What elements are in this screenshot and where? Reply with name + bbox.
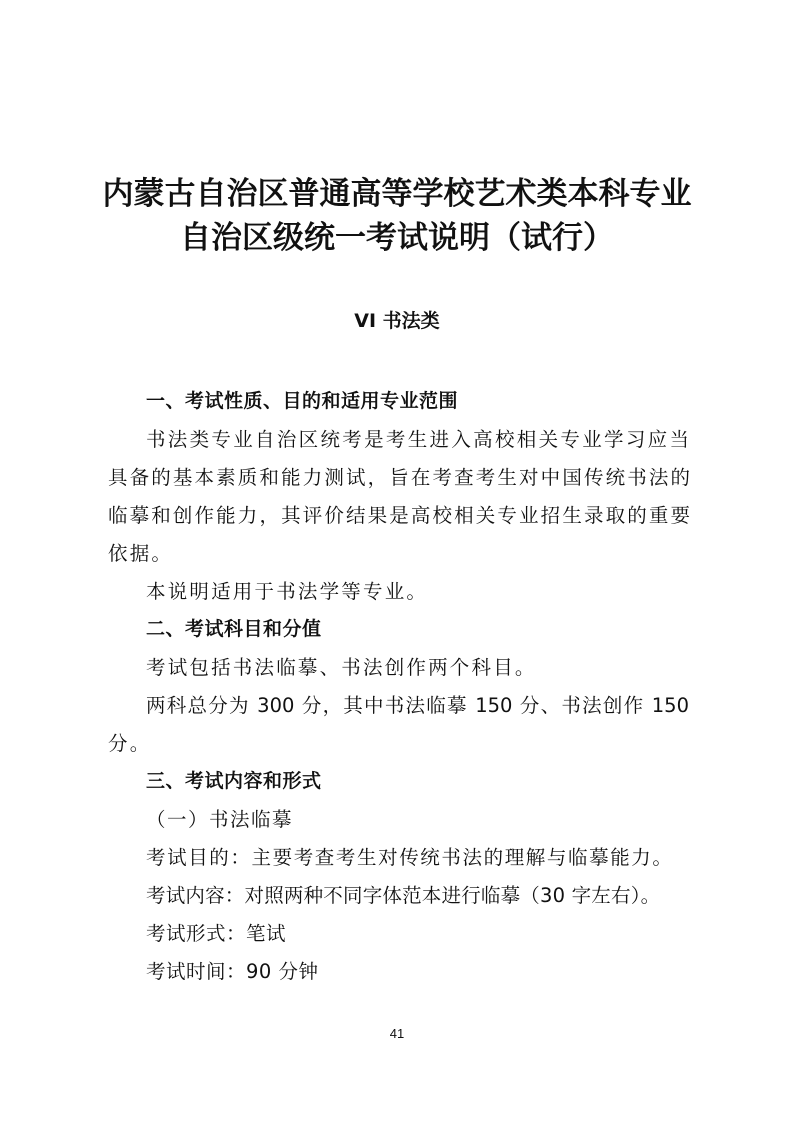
section-1-paragraph-line: 具备的基本素质和能力测试，旨在考查考生对中国传统书法的 [108,462,690,490]
section-2-score-line: 分。 [108,728,688,756]
section-3-subheading: （一）书法临摹 [146,804,726,832]
section-1-scope-text: 本说明适用于书法学等专业。 [146,576,726,604]
section-1-paragraph-line: 书法类专业自治区统考是考生进入高校相关专业学习应当 [146,424,689,452]
section-1-paragraph-line: 临摹和创作能力，其评价结果是高校相关专业招生录取的重要 [108,500,690,528]
section-2-score-line: 两科总分为 300 分，其中书法临摹 150 分、书法创作 150 [146,690,689,718]
section-1-heading: 一、考试性质、目的和适用专业范围 [146,386,726,413]
exam-form-text: 考试形式：笔试 [146,918,726,946]
exam-time-text: 考试时间：90 分钟 [146,956,726,984]
section-category-title: VI 书法类 [0,306,794,333]
section-3-heading: 三、考试内容和形式 [146,766,726,793]
exam-purpose-text: 考试目的：主要考查考生对传统书法的理解与临摹能力。 [146,842,726,870]
page-number: 41 [0,1026,794,1041]
exam-content-text: 考试内容：对照两种不同字体范本进行临摹（30 字左右）。 [146,880,726,908]
section-1-paragraph-line: 依据。 [108,538,688,566]
section-2-heading: 二、考试科目和分值 [146,614,726,641]
document-title-line1: 内蒙古自治区普通高等学校艺术类本科专业 [0,168,794,213]
document-title-line2: 自治区级统一考试说明（试行） [0,212,794,257]
section-2-subjects-text: 考试包括书法临摹、书法创作两个科目。 [146,652,726,680]
